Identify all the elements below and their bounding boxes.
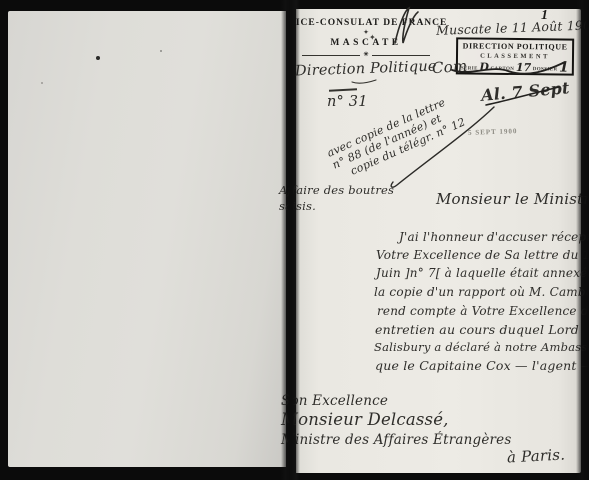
address-city: à Paris. — [507, 445, 566, 466]
left-page — [8, 11, 286, 467]
ink-speck — [96, 56, 100, 60]
ink-speck — [160, 50, 162, 52]
body-line-3: Juin ]n° 7[ à laquelle était annexée — [376, 266, 589, 280]
gutter-shadow — [281, 0, 300, 480]
carton-label: CARTON — [490, 67, 514, 72]
body-line-6: entretien au cours duquel Lord — [375, 322, 579, 337]
letterhead-consulate-name: VICE-CONSULAT DE FRANCE — [288, 18, 444, 28]
letterhead-ornament-icon: ✦ — [288, 30, 444, 36]
classification-stamp-subtitle: CLASSEMENT — [460, 52, 570, 60]
classification-stamp-fields: SÉRIE D CARTON 17 DOSSIER 1 — [460, 62, 570, 72]
dossier-label: DOSSIER — [533, 67, 558, 72]
serie-value: D — [479, 63, 489, 72]
com-note: Com — [431, 57, 468, 77]
dossier-value: 1 — [559, 63, 569, 72]
body-line-5: rend compte à Votre Excellence d'un — [377, 304, 589, 318]
ink-speck — [41, 82, 43, 84]
letterhead-rule-ornament-icon: ✳ — [363, 52, 368, 58]
document-number: n° 31 — [327, 94, 368, 110]
date-stamp: 5 SEPT 1900 — [468, 127, 518, 137]
address-line-3: Ministre des Affaires Étrangères — [281, 432, 512, 448]
carton-value: 17 — [516, 63, 531, 72]
stray-mark-icon: ✦ — [369, 33, 376, 42]
body-line-7: Salisbury a déclaré à notre Ambassadeur — [374, 340, 589, 354]
letterhead-stamp: VICE-CONSULAT DE FRANCE ✦ MASCATE ✳ — [288, 18, 444, 58]
salutation: Monsieur le Ministre, — [436, 190, 589, 208]
body-line-4: la copie d'un rapport où M. Cambon — [374, 285, 589, 299]
body-line-1: J'ai l'honneur d'accuser réception à — [399, 230, 589, 244]
letterhead-city: MASCATE — [288, 38, 444, 48]
body-line-2: Votre Excellence de Sa lettre du 19 — [376, 248, 589, 262]
scanned-letter-spread: VICE-CONSULAT DE FRANCE ✦ MASCATE ✳ ✦ Di… — [0, 0, 589, 480]
address-line-2: Monsieur Delcassé, — [281, 410, 449, 429]
classification-stamp: DIRECTION POLITIQUE CLASSEMENT SÉRIE D C… — [456, 37, 574, 75]
classification-stamp-title: DIRECTION POLITIQUE — [460, 41, 570, 51]
body-line-8: que le Capitaine Cox — l'agent — — [375, 358, 589, 373]
page-edge-shadow — [576, 0, 589, 480]
letterhead-rule: ✳ — [302, 52, 430, 58]
